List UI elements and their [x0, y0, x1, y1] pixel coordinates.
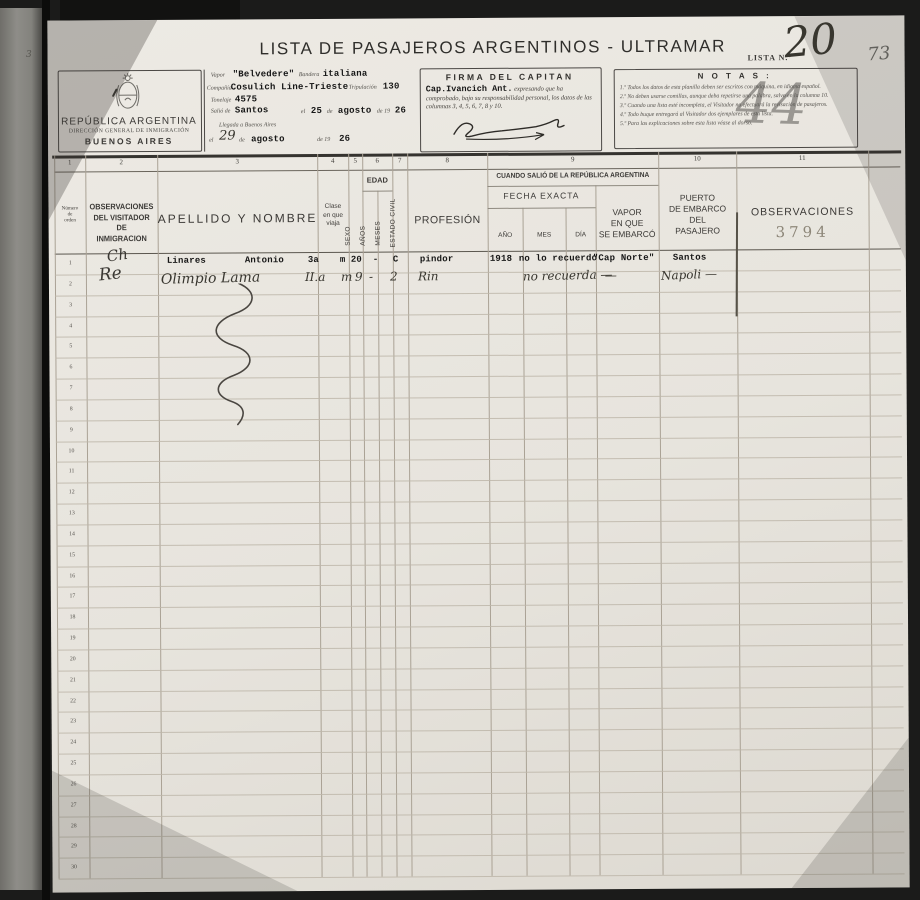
- llegada-de19-label: de 19: [317, 137, 330, 143]
- vapor-value: "Belvedere": [233, 69, 295, 79]
- row-number: 8: [57, 406, 85, 412]
- table-column-number: 6: [362, 157, 392, 165]
- row2-sexo: m: [341, 270, 352, 284]
- row1-vapor: "Cap Norte": [593, 253, 655, 263]
- row-line: [56, 394, 902, 400]
- row1-sexo: m: [340, 255, 346, 265]
- salio-de19-label: de 19: [377, 109, 390, 115]
- llegada-el-label: el: [209, 138, 213, 144]
- salio-ano: 26: [395, 105, 406, 115]
- salio-de-label: de: [327, 109, 333, 115]
- folio-number: 73: [867, 43, 891, 66]
- row-line: [57, 686, 903, 692]
- vapor-label: Vapor: [211, 73, 225, 79]
- row1-apellido: Linares: [167, 256, 206, 266]
- header-dia: DÍA: [566, 231, 596, 238]
- row-number: 5: [57, 343, 85, 349]
- row-number: 14: [58, 531, 86, 537]
- row-number: 15: [58, 551, 86, 557]
- header-puerto-embarco: PUERTO DE EMBARCO DEL PASAJERO: [658, 192, 736, 236]
- page-title: LISTA DE PASAJEROS ARGENTINOS - ULTRAMAR: [259, 37, 669, 60]
- bandera-value: italiana: [323, 69, 368, 79]
- strike-squiggle: [199, 283, 264, 425]
- row-number: 20: [59, 656, 87, 662]
- row-number: 25: [59, 760, 87, 766]
- row-line: [58, 748, 904, 754]
- row2-vapor: —: [605, 268, 617, 282]
- stamp-number: 3794: [737, 223, 869, 242]
- row-number: 19: [59, 635, 87, 641]
- row-number: 22: [59, 697, 87, 703]
- header-edad-anos: AÑOS: [360, 226, 367, 246]
- row-line: [56, 457, 902, 463]
- salio-el-label: el: [301, 109, 305, 115]
- row-number: 12: [58, 489, 86, 495]
- row-number: 17: [58, 593, 86, 599]
- row-number: 26: [60, 781, 88, 787]
- row2-anos: 9: [355, 270, 363, 284]
- row-number: 9: [57, 426, 85, 432]
- row-line: [56, 519, 902, 525]
- header-vapor-embarco: VAPOR EN QUE SE EMBARCÓ: [595, 207, 658, 240]
- row2-salida-fecha: no recuerda —: [523, 267, 613, 283]
- salio-dia: 25: [311, 106, 322, 116]
- row1-clase: 3a: [308, 255, 319, 265]
- header-apellido-nombre: APELLIDO Y NOMBRE: [158, 211, 318, 226]
- row-number: 18: [59, 614, 87, 620]
- stray-page-mark: 3: [26, 50, 32, 60]
- row-line: [56, 415, 902, 421]
- row2-puerto: Napoli —: [661, 267, 718, 283]
- list-number-value: 20: [781, 14, 839, 68]
- row-number: 30: [60, 864, 88, 870]
- document-page: LISTA DE PASAJEROS ARGENTINOS - ULTRAMAR…: [47, 15, 909, 892]
- llegada-dia: 29: [219, 128, 236, 143]
- compania-value: Cosulich Line-Trieste: [231, 82, 349, 93]
- header-cuando-salio: CUANDO SALIÓ DE LA REPÚBLICA ARGENTINA: [492, 172, 653, 180]
- tonelaje-value: 4575: [235, 94, 257, 104]
- table-column-number: 8: [407, 156, 487, 164]
- salio-label: Salió de: [211, 109, 231, 115]
- row-line: [58, 790, 904, 796]
- llegada-ano: 26: [339, 134, 350, 144]
- header-observaciones: OBSERVACIONES: [736, 206, 868, 219]
- book-page-edge: 3: [0, 8, 42, 890]
- fecha-exacta-underline: [487, 207, 595, 209]
- row2-profesion: Rin: [418, 269, 439, 283]
- row-number: 24: [59, 739, 87, 745]
- row-number: 4: [57, 322, 85, 328]
- row-number: 13: [58, 510, 86, 516]
- row-number: 16: [58, 572, 86, 578]
- row1-anos: 20: [351, 255, 362, 265]
- row-line: [58, 832, 904, 838]
- tonelaje-label: Tonelaje: [211, 98, 231, 104]
- row-number: 6: [57, 364, 85, 370]
- llegada-mes: agosto: [251, 134, 285, 144]
- table-column-number: 10: [658, 154, 736, 162]
- row-line: [55, 311, 901, 317]
- table-column-number: 1: [54, 158, 85, 166]
- pencil-number-overlay: 44: [735, 71, 808, 138]
- row-line: [57, 603, 903, 609]
- row-line: [56, 498, 902, 504]
- header-observaciones-visitador: OBSERVACIONES DEL VISITADOR DE INMIGRACI…: [88, 202, 154, 244]
- captain-statement: Cap.Ivancich Ant. expresando que ha comp…: [426, 83, 594, 112]
- table-column-number: 4: [317, 157, 348, 165]
- notas-heading: N O T A S :: [614, 71, 856, 81]
- row-line: [57, 623, 903, 629]
- table-rows-area: 1234567891011121314151617181920212223242…: [55, 248, 905, 878]
- table-column-number: 7: [392, 156, 407, 164]
- letterhead-country: REPÚBLICA ARGENTINA: [58, 116, 200, 128]
- header-fecha-exacta: FECHA EXACTA: [487, 190, 595, 201]
- captain-name: Cap.Ivancich Ant.: [426, 84, 513, 95]
- letterhead-office: DIRECCIÓN GENERAL DE INMIGRACIÓN: [62, 128, 197, 135]
- row-line: [57, 540, 903, 546]
- salio-puerto: Santos: [235, 105, 269, 115]
- row-number: 21: [59, 676, 87, 682]
- edad-underline: [362, 191, 392, 192]
- row2-estado-civil: 2: [390, 269, 398, 283]
- header-numero-orden: Número de orden: [57, 206, 83, 224]
- row-line: [57, 644, 903, 650]
- row1-meses: -: [373, 255, 379, 265]
- header-clase: Clase en que viaja: [317, 203, 348, 229]
- table-column-number: 11: [736, 154, 868, 163]
- cuando-salio-underline: [487, 185, 658, 187]
- row-line: [56, 373, 902, 379]
- row-line: [58, 728, 904, 734]
- row1-profesion: pindor: [420, 254, 454, 264]
- row-number: 10: [58, 447, 86, 453]
- row-number: 27: [60, 801, 88, 807]
- compania-label: Compañía: [207, 86, 232, 92]
- bandera-label: Bandera: [299, 72, 320, 78]
- header-estado-civil: ESTADO CIVIL: [389, 198, 396, 247]
- ship-info-block: Vapor "Belvedere" Bandera italiana Compa…: [204, 68, 419, 151]
- row-number: 1: [56, 260, 84, 266]
- header-sexo: SEXO: [345, 226, 352, 246]
- salio-mes: agosto: [338, 106, 372, 116]
- llegada-de-label: de: [239, 137, 245, 143]
- row2-visitador-mark: Re: [98, 263, 123, 285]
- table-column-number: 3: [157, 157, 317, 166]
- coat-of-arms-icon: [114, 72, 142, 114]
- header-profesion: PROFESIÓN: [408, 214, 488, 226]
- header-edad-meses: MESES: [375, 221, 382, 246]
- row-line: [58, 811, 904, 817]
- row-line: [59, 873, 905, 879]
- row-number: 29: [60, 843, 88, 849]
- row1-salida-ano: 1918: [490, 254, 512, 264]
- row-number: 11: [58, 468, 86, 474]
- row-number: 28: [60, 822, 88, 828]
- row-number: 3: [57, 301, 85, 307]
- row1-salida-fecha: no lo recuerdo: [519, 253, 597, 263]
- row2-clase: II.a: [305, 270, 326, 284]
- row1-puerto: Santos: [673, 253, 707, 263]
- row-line: [56, 478, 902, 484]
- header-edad-group: EDAD: [362, 176, 392, 185]
- row-line: [55, 290, 901, 296]
- row-number: 23: [59, 718, 87, 724]
- row1-nombre: Antonio: [245, 255, 284, 265]
- row-line: [57, 665, 903, 671]
- column-number-strip-line: [54, 166, 900, 172]
- row-number: 7: [57, 385, 85, 391]
- header-mes: MES: [523, 231, 566, 238]
- tripulacion-value: 130: [383, 81, 400, 91]
- row-line: [57, 582, 903, 588]
- row1-estado-civil: C: [393, 254, 399, 264]
- row2-meses: -: [369, 270, 373, 284]
- row-line: [56, 436, 902, 442]
- captain-box-heading: FIRMA DEL CAPITAN: [420, 71, 600, 82]
- row-line: [58, 707, 904, 713]
- tripulacion-label: Tripulación: [349, 85, 377, 91]
- row-line: [55, 332, 901, 338]
- row-line: [57, 561, 903, 567]
- row-line: [58, 769, 904, 775]
- table-column-number: 5: [348, 157, 362, 165]
- table-column-number: 9: [487, 155, 658, 164]
- row-line: [55, 353, 901, 359]
- row-number: 2: [56, 281, 84, 287]
- header-ano: AÑO: [488, 232, 523, 239]
- row-line: [58, 853, 904, 859]
- table-column-number: 2: [85, 158, 157, 166]
- letterhead-city: BUENOS AIRES: [58, 136, 200, 147]
- captain-signature: [448, 109, 578, 146]
